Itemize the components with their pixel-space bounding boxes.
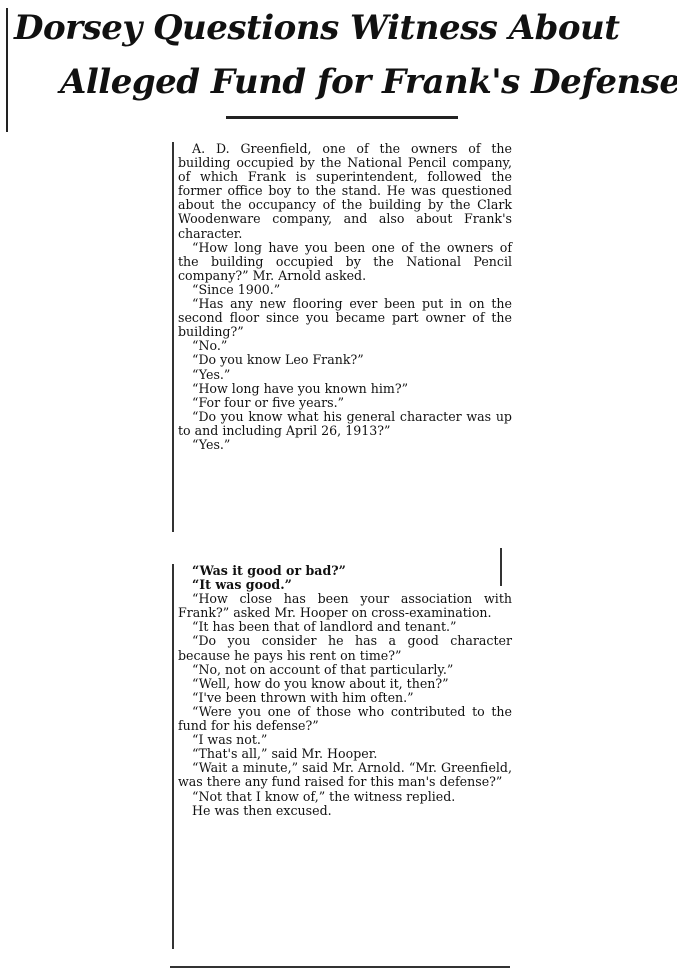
paragraph: “Do you know what his general character … xyxy=(178,410,512,438)
paragraph: “Not that I know of,” the witness replie… xyxy=(178,790,512,804)
article-column-2: “Was it good or bad?” “It was good.” “Ho… xyxy=(172,564,512,949)
paragraph: “Do you know Leo Frank?” xyxy=(178,353,512,367)
headline-divider xyxy=(226,116,458,119)
paragraph: “No.” xyxy=(178,339,512,353)
paragraph: “Well, how do you know about it, then?” xyxy=(178,677,512,691)
column-rule xyxy=(6,8,8,132)
paragraph: “Were you one of those who contributed t… xyxy=(178,705,512,733)
article-column-1: A. D. Greenfield, one of the owners of t… xyxy=(172,142,512,532)
paragraph: “How close has been your association wit… xyxy=(178,592,512,620)
paragraph: “Was it good or bad?” xyxy=(178,564,512,578)
paragraph: “Since 1900.” xyxy=(178,283,512,297)
paragraph: “Yes.” xyxy=(178,368,512,382)
paragraph: “I was not.” xyxy=(178,733,512,747)
paragraph: “How long have you been one of the owner… xyxy=(178,241,512,283)
paragraph: “How long have you known him?” xyxy=(178,382,512,396)
headline-line-2: Alleged Fund for Frank's Defense xyxy=(60,62,677,102)
headline-line-1: Dorsey Questions Witness About xyxy=(14,8,619,48)
paragraph: “For four or five years.” xyxy=(178,396,512,410)
paragraph: He was then excused. xyxy=(178,804,512,818)
paragraph: “Wait a minute,” said Mr. Arnold. “Mr. G… xyxy=(178,761,512,789)
paragraph: “Do you consider he has a good character… xyxy=(178,634,512,662)
paragraph: “Has any new flooring ever been put in o… xyxy=(178,297,512,339)
paragraph: “It has been that of landlord and tenant… xyxy=(178,620,512,634)
paragraph: “That's all,” said Mr. Hooper. xyxy=(178,747,512,761)
paragraph: “It was good.” xyxy=(178,578,512,592)
paragraph: “No, not on account of that particularly… xyxy=(178,663,512,677)
paragraph: A. D. Greenfield, one of the owners of t… xyxy=(178,142,512,241)
headline: Dorsey Questions Witness About Alleged F… xyxy=(0,0,677,130)
article-end-rule xyxy=(170,966,510,968)
paragraph: “Yes.” xyxy=(178,438,512,452)
paragraph: “I've been thrown with him often.” xyxy=(178,691,512,705)
